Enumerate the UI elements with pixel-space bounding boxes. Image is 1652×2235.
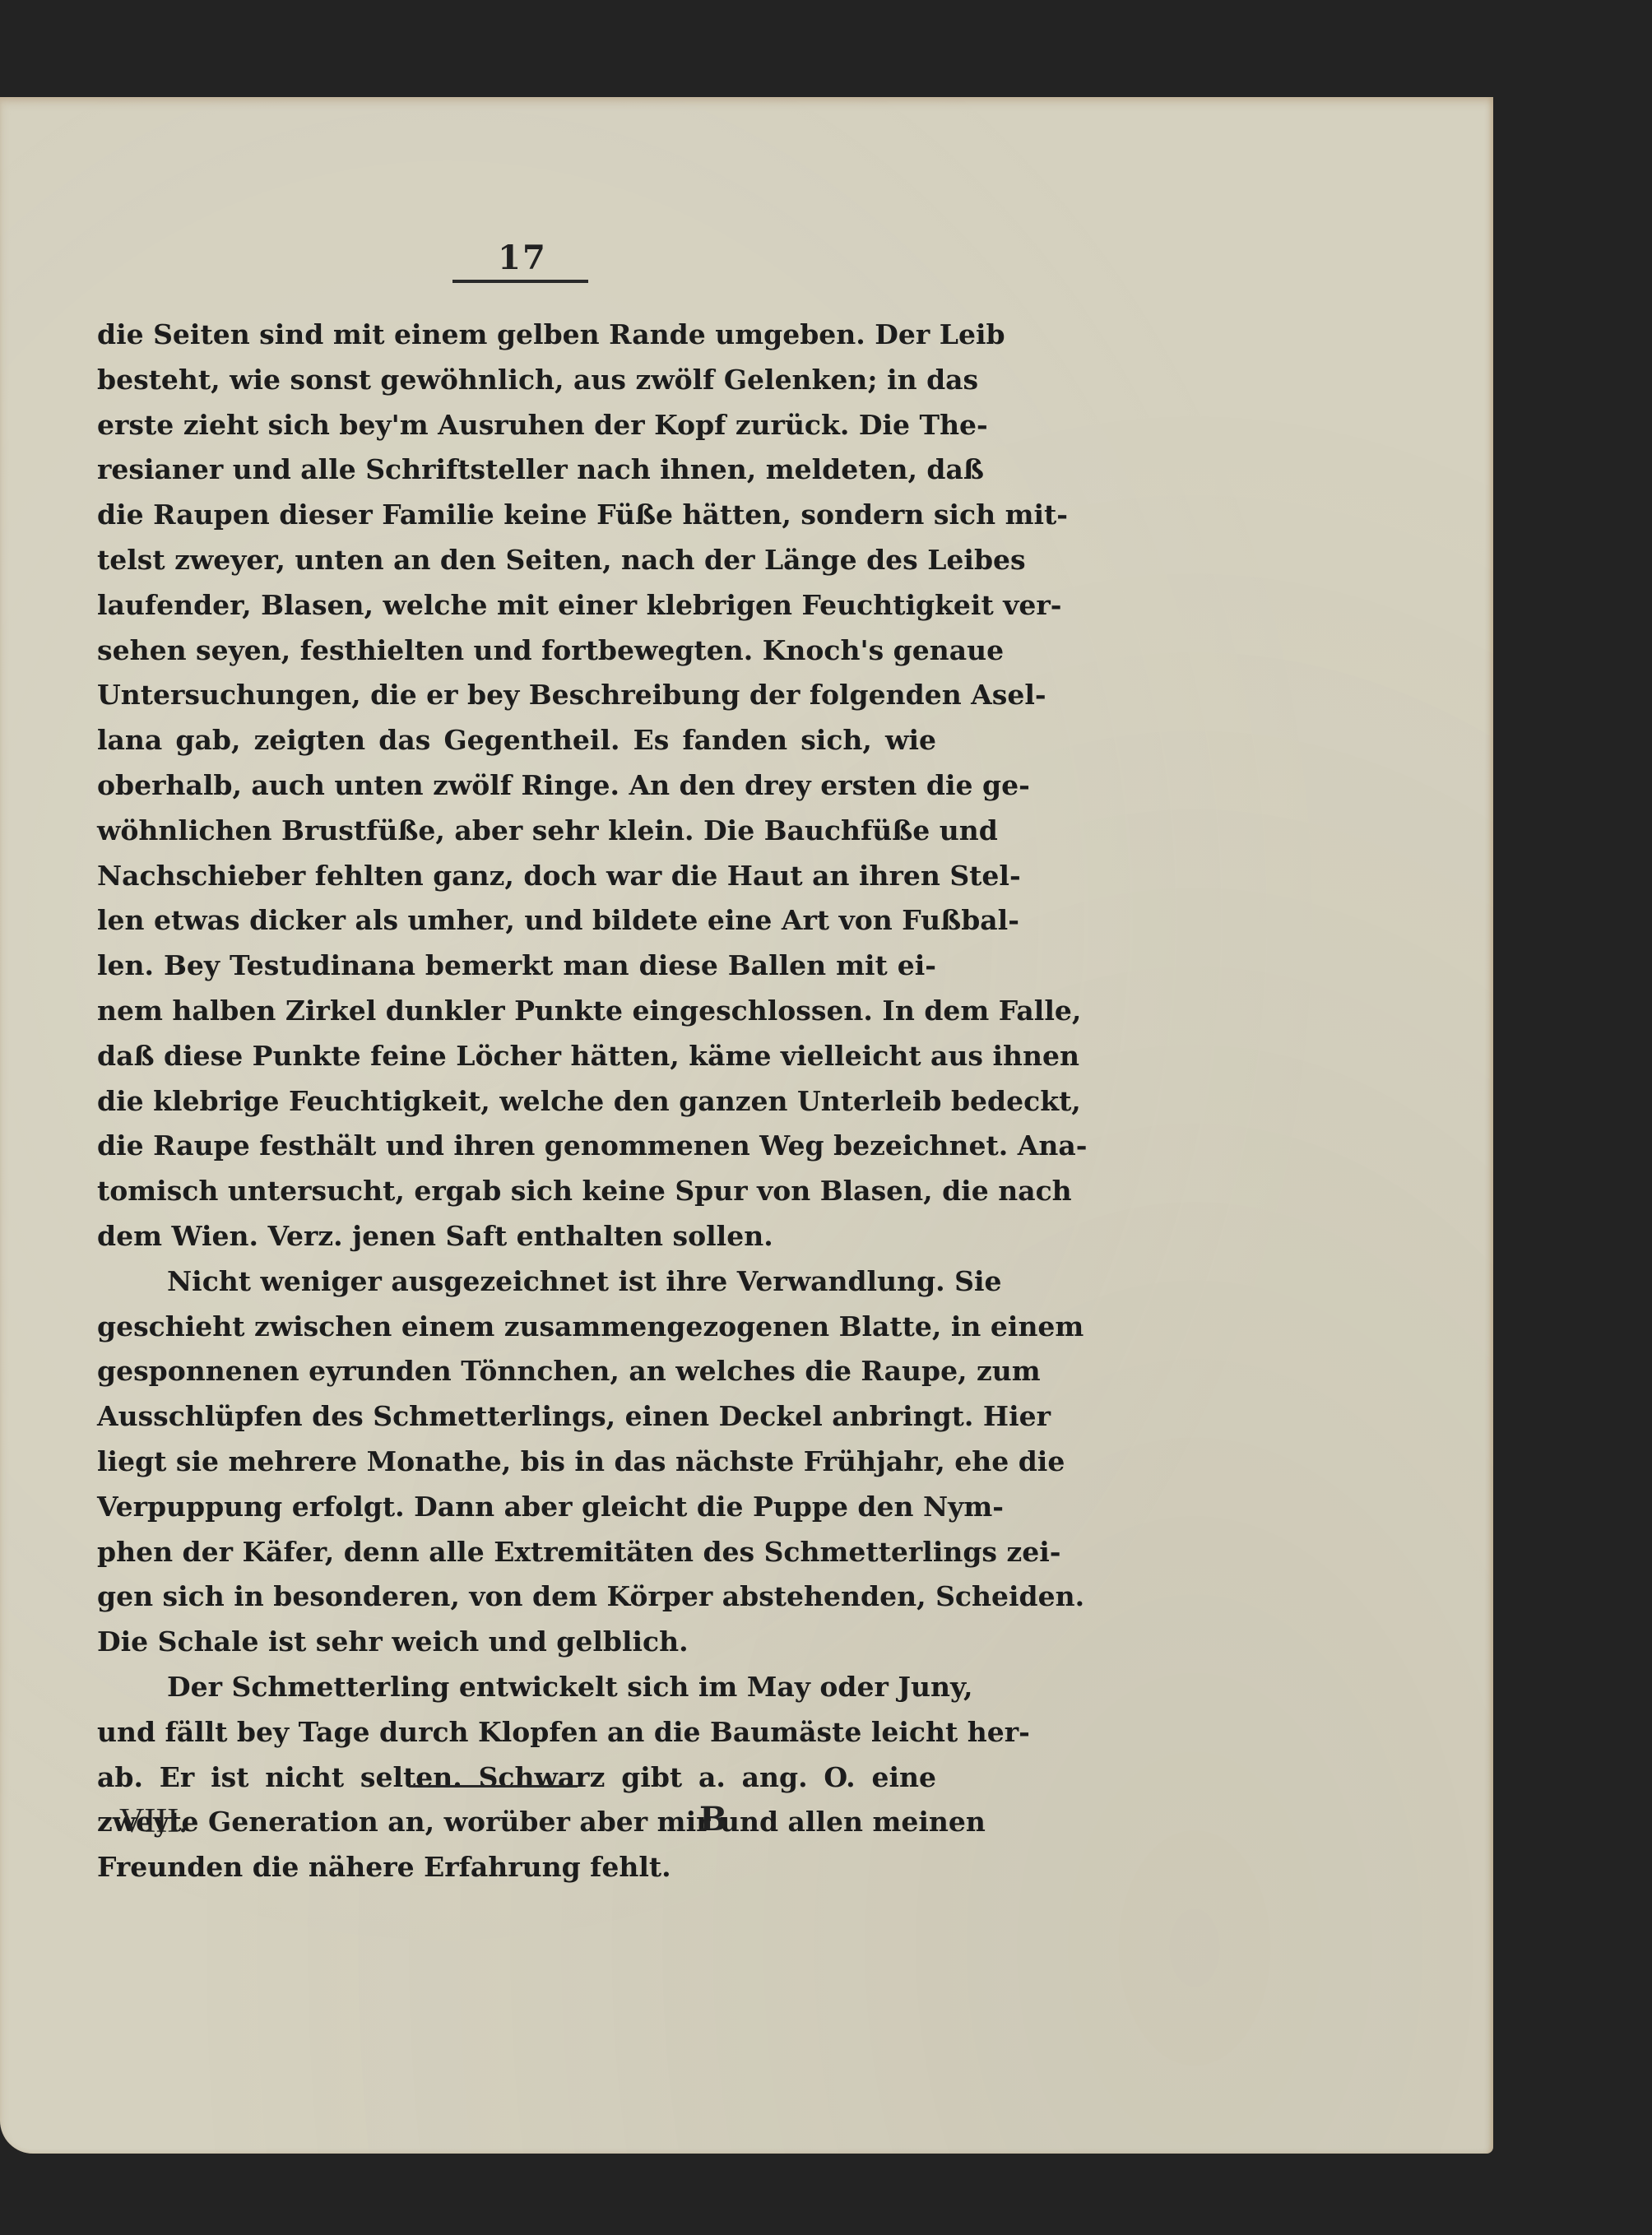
text-line: oberhalb, auch unten zwölf Ringe. An den… — [97, 763, 936, 809]
text-line: gen sich in besonderen, von dem Körper a… — [97, 1574, 936, 1620]
text-line: Nachschieber fehlten ganz, doch war die … — [97, 854, 936, 899]
text-line: gesponnenen eyrunden Tönnchen, an welche… — [97, 1349, 936, 1394]
text-line: Untersuchungen, die er bey Beschreibung … — [97, 673, 936, 718]
text-line: sehen seyen, festhielten und fortbewegte… — [97, 628, 936, 674]
text-line: erste zieht sich bey'm Ausruhen der Kopf… — [97, 403, 936, 448]
footer-rule — [409, 1785, 578, 1788]
book-page: 17 die Seiten sind mit einem gelben Rand… — [0, 97, 1493, 2154]
text-line: tomisch untersucht, ergab sich keine Spu… — [97, 1169, 936, 1214]
volume-number: VIII. — [119, 1801, 188, 1841]
text-line: len. Bey Testudinana bemerkt man diese B… — [97, 944, 936, 989]
text-line: resianer und alle Schriftsteller nach ih… — [97, 447, 936, 493]
header-rule — [452, 280, 588, 283]
text-line: Ausschlüpfen des Schmetterlings, einen D… — [97, 1394, 936, 1440]
text-line: phen der Käfer, denn alle Extremitäten d… — [97, 1530, 936, 1575]
text-line: besteht, wie sonst gewöhnlich, aus zwölf… — [97, 358, 936, 403]
text-line: len etwas dicker als umher, und bildete … — [97, 898, 936, 944]
paragraph-start-line: Nicht weniger ausgezeichnet ist ihre Ver… — [97, 1259, 936, 1305]
text-line: liegt sie mehrere Monathe, bis in das nä… — [97, 1440, 936, 1485]
text-line: laufender, Blasen, welche mit einer kleb… — [97, 583, 936, 628]
text-line: ab. Er ist nicht selten. Schwarz gibt a.… — [97, 1755, 936, 1801]
text-line: die Raupen dieser Familie keine Füße hät… — [97, 493, 936, 538]
text-line: lana gab, zeigten das Gegentheil. Es fan… — [97, 718, 936, 763]
paragraph-start-line: Der Schmetterling entwickelt sich im May… — [97, 1665, 936, 1710]
text-line: die Raupe festhält und ihren genommenen … — [97, 1124, 936, 1169]
text-line: nem halben Zirkel dunkler Punkte eingesc… — [97, 989, 936, 1034]
text-line: wöhnlichen Brustfüße, aber sehr klein. D… — [97, 809, 936, 854]
text-line: daß diese Punkte feine Löcher hätten, kä… — [97, 1034, 936, 1079]
text-line: Freunden die nähere Erfahrung fehlt. — [97, 1845, 936, 1890]
text-line: Verpuppung erfolgt. Dann aber gleicht di… — [97, 1485, 936, 1530]
text-line: Die Schale ist sehr weich und gelblich. — [97, 1620, 936, 1665]
text-line: die Seiten sind mit einem gelben Rande u… — [97, 313, 936, 358]
text-line: die klebrige Feuchtigkeit, welche den ga… — [97, 1079, 936, 1124]
text-line: geschieht zwischen einem zusammengezogen… — [97, 1305, 936, 1350]
text-line: telst zweyer, unten an den Seiten, nach … — [97, 538, 936, 583]
body-text: die Seiten sind mit einem gelben Rande u… — [97, 313, 936, 1890]
text-line: und fällt bey Tage durch Klopfen an die … — [97, 1710, 936, 1755]
page-number: 17 — [461, 239, 584, 277]
signature-mark: B — [699, 1800, 727, 1839]
text-line: zweyte Generation an, worüber aber mir u… — [97, 1800, 936, 1845]
text-line: dem Wien. Verz. jenen Saft enthalten sol… — [97, 1214, 936, 1259]
